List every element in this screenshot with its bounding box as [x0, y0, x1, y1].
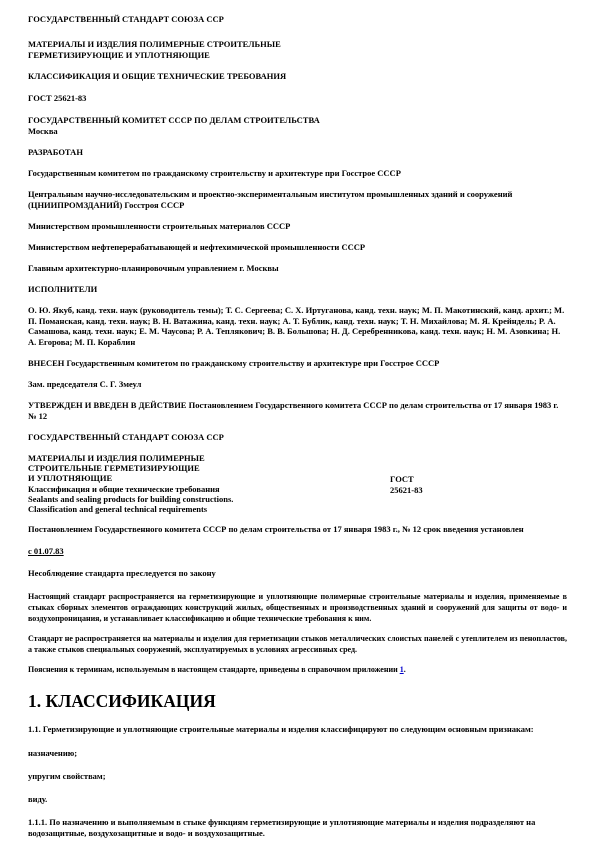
enactment-date: с 01.07.83 [28, 546, 567, 557]
standard-gost-column: ГОСТ 25621-83 [390, 453, 423, 514]
committee-name: ГОСУДАРСТВЕННЫЙ КОМИТЕТ СССР ПО ДЕЛАМ СТ… [28, 115, 320, 125]
developed-item: Министерством нефтеперерабатывающей и не… [28, 242, 567, 253]
terms-note-text: Пояснения к терминам, используемым в нас… [28, 665, 400, 674]
scope-paragraph-1: Настоящий стандарт распространяется на г… [28, 591, 567, 624]
section-1-heading: 1. КЛАССИФИКАЦИЯ [28, 691, 567, 711]
developed-item: Государственным комитетом по гражданском… [28, 168, 567, 179]
classification-list-item: назначению; [28, 748, 567, 759]
scope-paragraph-3: Пояснения к терминам, используемым в нас… [28, 664, 567, 675]
committee-line: ГОСУДАРСТВЕННЫЙ КОМИТЕТ СССР ПО ДЕЛАМ СТ… [28, 115, 567, 137]
submitted-line: ВНЕСЕН Государственным комитетом по граж… [28, 358, 567, 369]
standard-title-line: МАТЕРИАЛЫ И ИЗДЕЛИЯ ПОЛИМЕРНЫЕ [28, 453, 360, 463]
standard-union-line: ГОСУДАРСТВЕННЫЙ СТАНДАРТ СОЮЗА ССР [28, 432, 567, 443]
scope-paragraph-2: Стандарт не распространяется на материал… [28, 633, 567, 655]
document-title: МАТЕРИАЛЫ И ИЗДЕЛИЯ ПОЛИМЕРНЫЕ СТРОИТЕЛЬ… [28, 39, 363, 61]
clause-1-1: 1.1. Герметизирующие и уплотняющие строи… [28, 724, 567, 735]
standard-title-block: МАТЕРИАЛЫ И ИЗДЕЛИЯ ПОЛИМЕРНЫЕ СТРОИТЕЛЬ… [28, 453, 567, 514]
standard-title-line: И УПЛОТНЯЮЩИЕ [28, 473, 360, 483]
executors-list: О. Ю. Якуб, канд. техн. наук (руководите… [28, 305, 567, 347]
committee-city: Москва [28, 126, 58, 136]
standard-title-en: Sealants and sealing products for buildi… [28, 494, 263, 514]
gost-label: ГОСТ [390, 474, 423, 485]
terms-note-period: . [404, 665, 406, 674]
executors-heading: ИСПОЛНИТЕЛИ [28, 284, 567, 295]
developed-item: Министерством промышленности строительны… [28, 221, 567, 232]
standard-title-left-column: МАТЕРИАЛЫ И ИЗДЕЛИЯ ПОЛИМЕРНЫЕ СТРОИТЕЛЬ… [28, 453, 360, 514]
document-page: ГОСУДАРСТВЕННЫЙ СТАНДАРТ СОЮЗА ССР МАТЕР… [0, 0, 595, 842]
classification-list-item: упругим свойствам; [28, 771, 567, 782]
clause-1-1-1: 1.1.1. По назначению и выполняемым в сты… [28, 817, 567, 839]
developed-heading: РАЗРАБОТАН [28, 147, 567, 158]
classification-list-item: виду. [28, 794, 567, 805]
deputy-chairman-line: Зам. председателя С. Г. Змеул [28, 379, 567, 390]
standard-title-line: СТРОИТЕЛЬНЫЕ ГЕРМЕТИЗИРУЮЩИЕ [28, 463, 360, 473]
approved-line: УТВЕРЖДЕН И ВВЕДЕН В ДЕЙСТВИЕ Постановле… [28, 400, 567, 422]
developed-item: Центральным научно-исследовательским и п… [28, 189, 567, 211]
developed-item: Главным архитектурно-планировочным управ… [28, 263, 567, 274]
gost-number: ГОСТ 25621-83 [28, 93, 567, 104]
top-standard-line: ГОСУДАРСТВЕННЫЙ СТАНДАРТ СОЮЗА ССР [28, 14, 567, 25]
standard-subtitle-ru: Классификация и общие технические требов… [28, 484, 360, 494]
gost-code: 25621-83 [390, 485, 423, 496]
enactment-resolution: Постановлением Государственного комитета… [28, 524, 567, 535]
document-subtitle: КЛАССИФИКАЦИЯ И ОБЩИЕ ТЕХНИЧЕСКИЕ ТРЕБОВ… [28, 71, 567, 82]
law-notice: Несоблюдение стандарта преследуется по з… [28, 568, 567, 579]
